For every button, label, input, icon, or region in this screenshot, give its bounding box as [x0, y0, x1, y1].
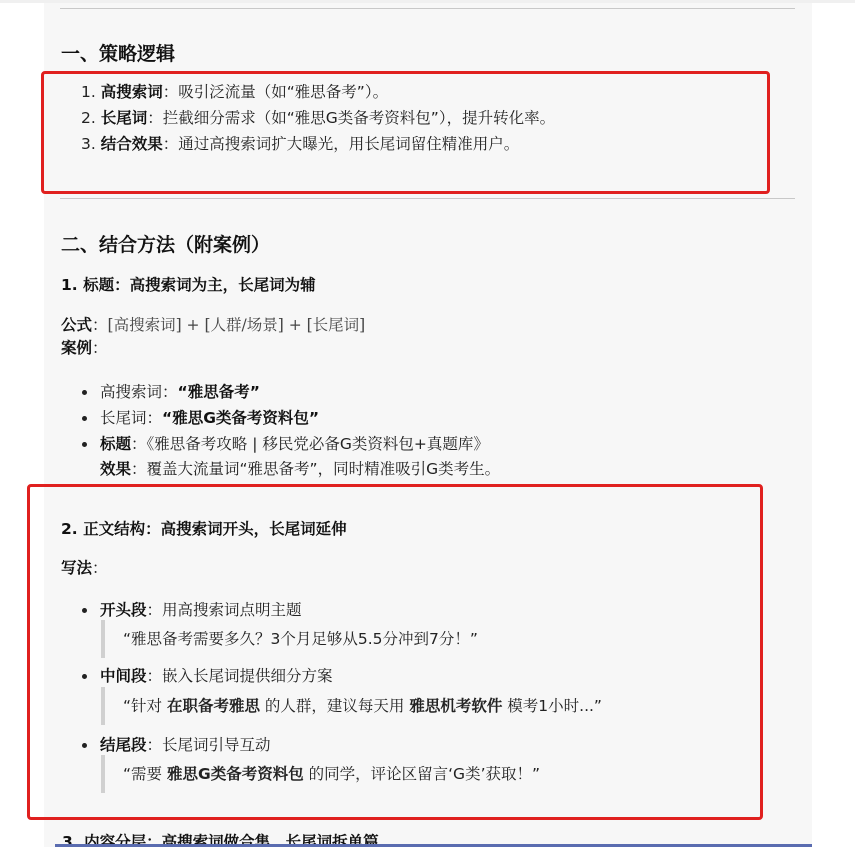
case-bullet-2: 长尾词：“雅思G类备考资料包” — [100, 408, 319, 428]
document-page: 一、策略逻辑 1. 高搜索词：吸引泛流量（如“雅思备考”）。 2. 长尾词：拦截… — [44, 3, 812, 847]
subsection-title-1: 1. 标题：高搜索词为主，长尾词为辅 — [61, 273, 316, 295]
case-label: 案例： — [61, 338, 108, 358]
divider — [60, 8, 795, 9]
strategy-item-3: 3. 结合效果：通过高搜索词扩大曝光，用长尾词留住精准用户。 — [81, 134, 519, 154]
blockquote-opening: “雅思备考需要多久？3个月足够从5.5分冲到7分！” — [101, 620, 723, 658]
strategy-item-2: 2. 长尾词：拦截细分需求（如“雅思G类备考资料包”），提升转化率。 — [81, 108, 555, 128]
case-bullet-1: 高搜索词：“雅思备考” — [100, 382, 260, 402]
structure-bullet-middle: 中间段：嵌入长尾词提供细分方案 — [100, 666, 333, 686]
structure-bullet-opening: 开头段：用高搜索词点明主题 — [100, 600, 302, 620]
case-bullet-3: 标题：《雅思备考攻略 | 移民党必备G类资料包+真题库》 — [100, 434, 489, 454]
section-1-title: 一、策略逻辑 — [61, 39, 175, 66]
blockquote-ending: “需要 雅思G类备考资料包 的同学，评论区留言‘G类’获取！” — [101, 755, 723, 793]
blockquote-middle: “针对 在职备考雅思 的人群，建议每天用 雅思机考软件 模考1小时...” — [101, 687, 723, 725]
divider — [60, 198, 795, 199]
section-2-title: 二、结合方法（附案例） — [61, 230, 270, 257]
subsection-title-3-cut: 3. 内容分层：高搜索词做合集，长尾词拆单篇 — [62, 831, 379, 844]
strategy-item-1: 1. 高搜索词：吸引泛流量（如“雅思备考”）。 — [81, 82, 388, 102]
method-label: 写法： — [61, 558, 108, 578]
structure-bullet-ending: 结尾段：长尾词引导互动 — [100, 735, 271, 755]
case-effect: 效果：覆盖大流量词“雅思备考”，同时精准吸引G类考生。 — [100, 459, 500, 479]
formula-line: 公式：[高搜索词] + [人群/场景] + [长尾词] — [61, 315, 365, 335]
subsection-title-2: 2. 正文结构：高搜索词开头，长尾词延伸 — [61, 517, 347, 539]
